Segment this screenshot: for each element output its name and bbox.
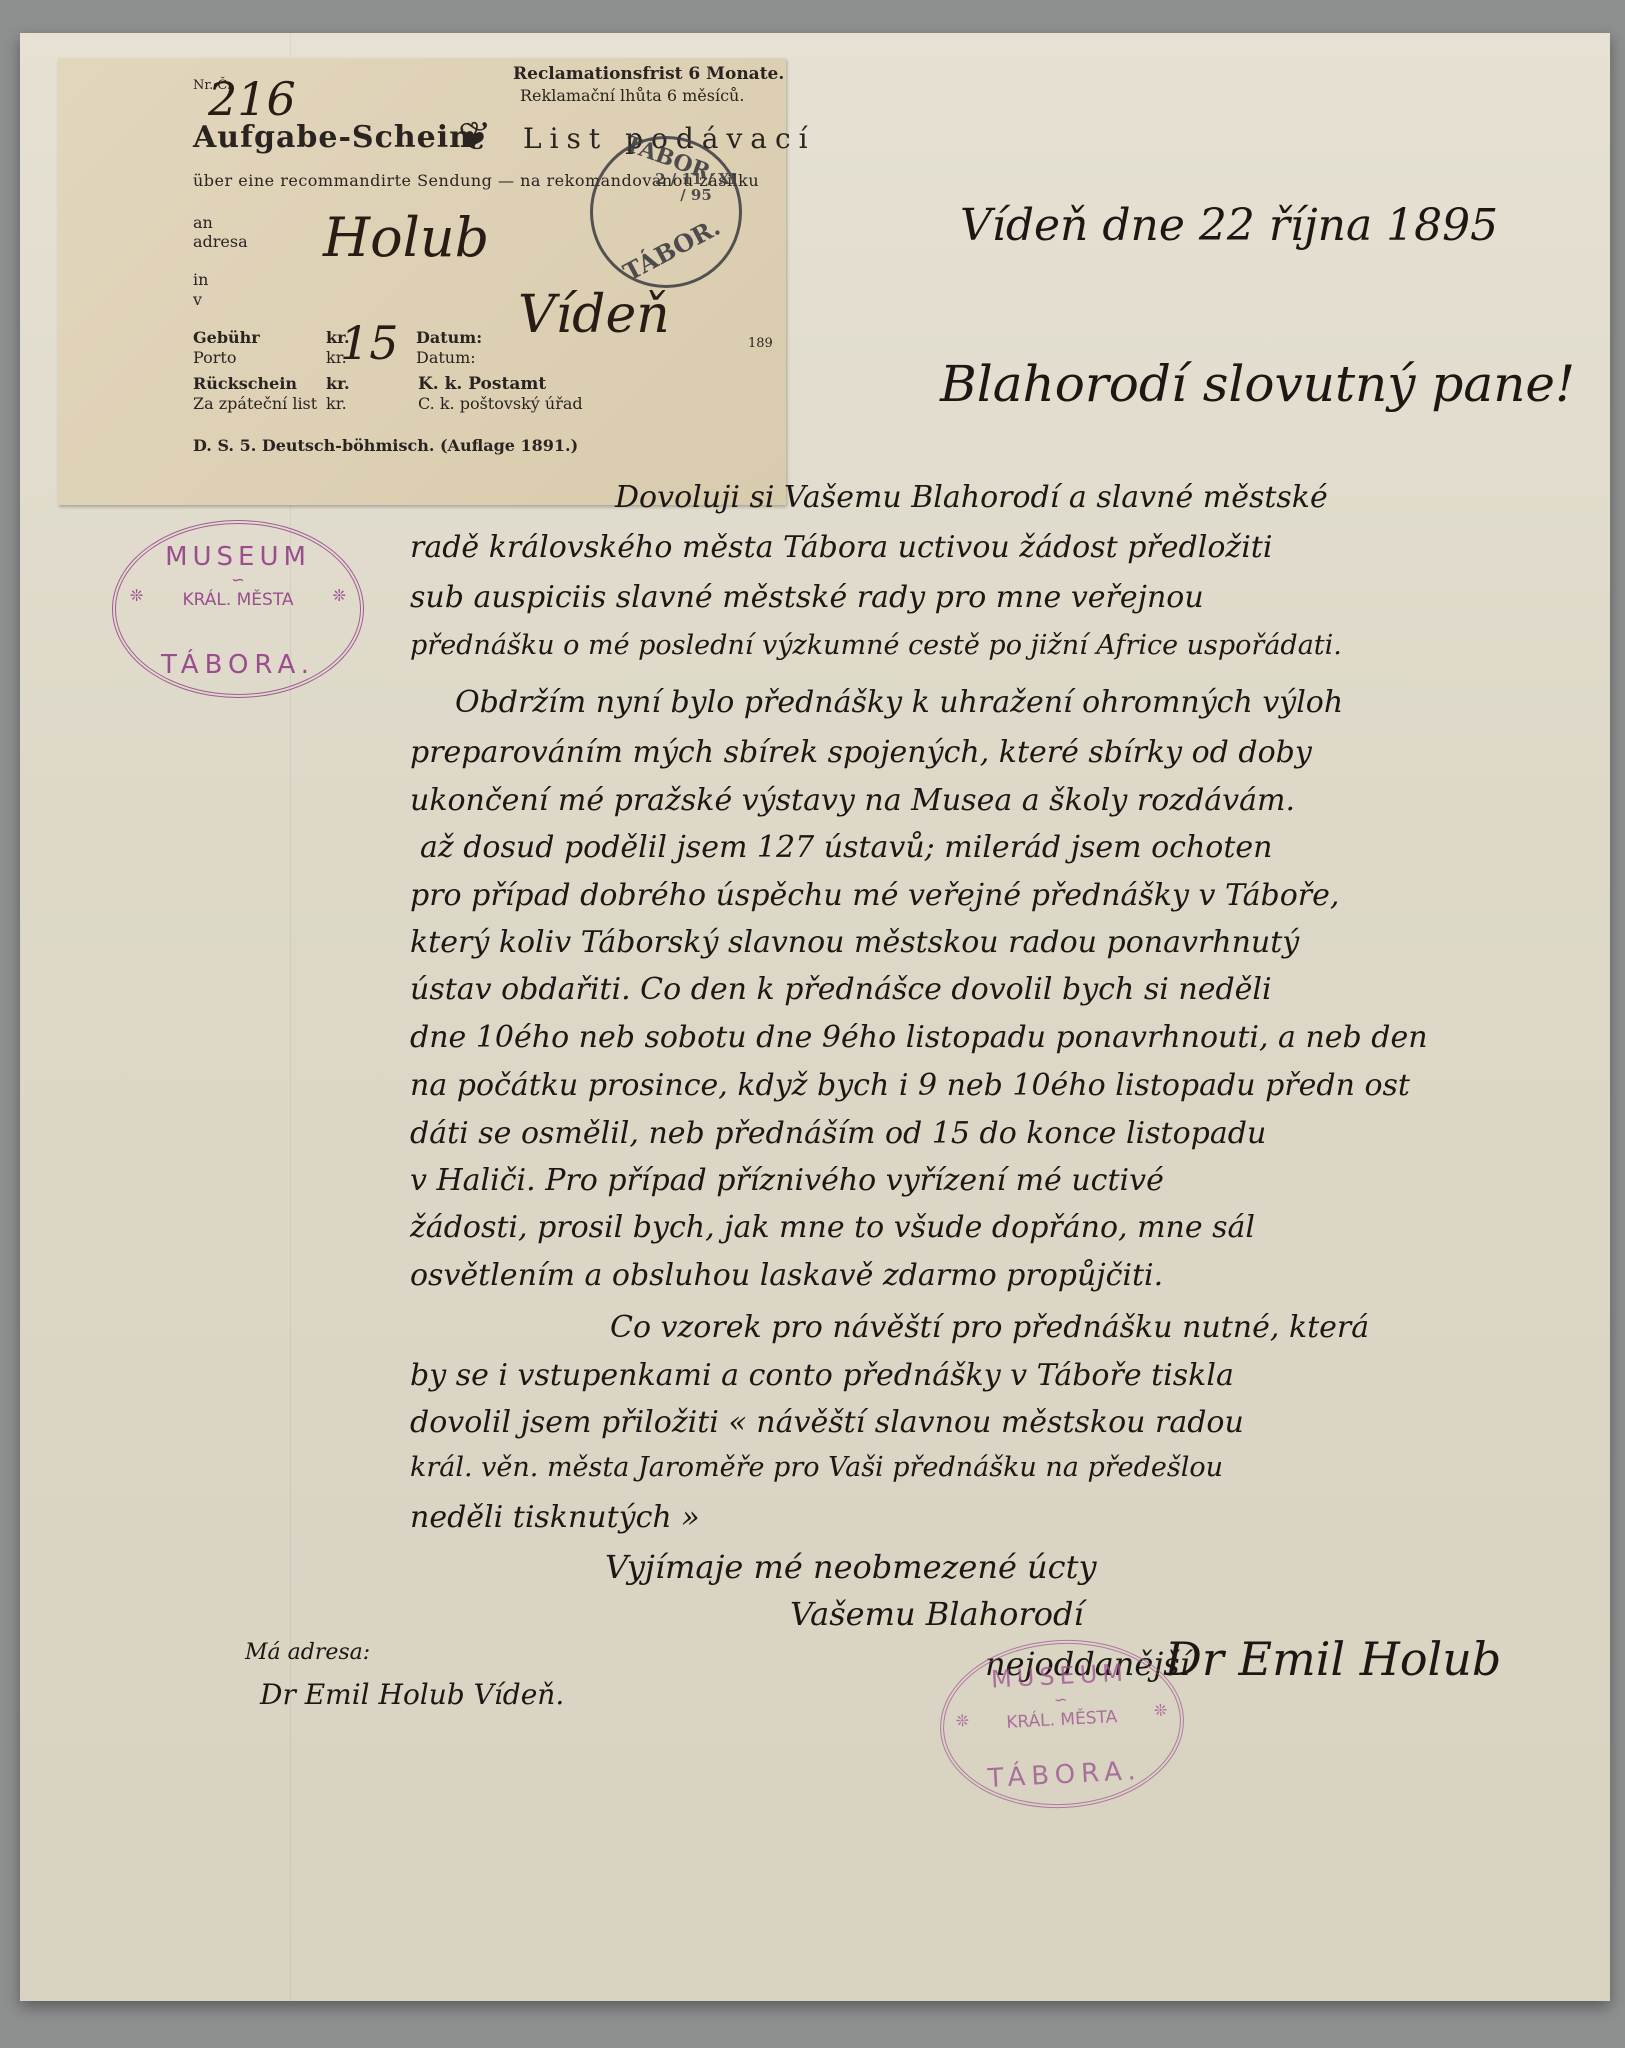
handwritten-place: Vídeň <box>518 285 670 345</box>
flourish-icon: ∽ <box>116 570 360 589</box>
body-line: radě královského města Tábora uctivou žá… <box>410 530 1272 565</box>
body-line: žádosti, prosil bych, jak mne to všude d… <box>410 1210 1255 1245</box>
stamp-kral-mesta-text: KRÁL. MĚSTA <box>116 590 360 610</box>
body-line: sub auspiciis slavné městské rady pro mn… <box>410 580 1204 615</box>
body-line: v Haliči. Pro případ příznivého vyřízení… <box>410 1163 1164 1198</box>
reclamation-de: Reclamationsfrist 6 Monate. <box>513 64 784 84</box>
label-v: v <box>193 290 202 309</box>
body-line: dovolil jsem přiložiti « návěští slavnou… <box>410 1405 1244 1440</box>
body-line: který koliv Táborský slavnou městskou ra… <box>410 925 1299 960</box>
label-datum-2: Datum: <box>416 348 476 367</box>
body-line: Obdržím nyní bylo přednášky k uhražení o… <box>455 685 1343 720</box>
body-line: král. věn. města Jaroměře pro Vaši předn… <box>410 1452 1223 1483</box>
receipt-number-value: 216 <box>208 72 296 126</box>
body-line: preparováním mých sbírek spojených, kter… <box>410 735 1312 770</box>
letter-salutation: Blahorodí slovutný pane! <box>940 355 1575 413</box>
body-line: přednášku o mé poslední výzkumné cestě p… <box>410 630 1342 661</box>
address-label: Má adresa: <box>245 1640 370 1665</box>
body-line: by se i vstupenkami a conto přednášky v … <box>410 1358 1234 1393</box>
label-gebuehr: Gebühr <box>193 328 260 347</box>
body-line: až dosud podělil jsem 127 ústavů; milerá… <box>420 830 1272 865</box>
postmark-bottom-text: TÁBOR. <box>618 212 724 287</box>
label-rueckschein: Rückschein <box>193 374 297 393</box>
handwritten-recipient: Holub <box>323 206 489 269</box>
postamt-cz: C. k. poštovský úřad <box>418 394 583 413</box>
stamp-tabora-text: TÁBORA. <box>116 650 360 680</box>
label-in: in <box>193 270 208 289</box>
reclamation-cz: Reklamační lhůta 6 měsíců. <box>520 86 744 105</box>
body-line: neděli tisknutých » <box>410 1500 700 1535</box>
label-kr-4: kr. <box>326 394 347 413</box>
label-kr-3: kr. <box>326 374 350 393</box>
label-adresa: adresa <box>193 232 248 251</box>
label-porto: Porto <box>193 348 236 367</box>
postamt-de: K. k. Postamt <box>418 374 546 394</box>
letter-date-line: Vídeň dne 22 října 1895 <box>960 200 1498 251</box>
body-line: ukončení mé pražské výstavy na Musea a š… <box>410 783 1295 818</box>
body-line: pro případ dobrého úspěchu mé veřejné př… <box>410 878 1339 913</box>
tabor-postmark: TÁBOR 2 / 11 / XI / 95 TÁBOR. <box>590 136 742 288</box>
star-ornament-icon: ❊ <box>333 586 346 605</box>
receipt-footer: D. S. 5. Deutsch-böhmisch. (Auflage 1891… <box>193 436 578 455</box>
year-prefix: 189 <box>748 336 773 351</box>
label-an: an <box>193 213 213 232</box>
address-value: Dr Emil Holub Vídeň. <box>260 1678 564 1711</box>
closing-line: Vyjímaje mé neobmezené úcty <box>605 1548 1097 1586</box>
body-line: Co vzorek pro návěští pro přednášku nutn… <box>610 1310 1369 1345</box>
body-line: dne 10ého neb sobotu dne 9ého listopadu … <box>410 1020 1428 1055</box>
registered-mail-receipt: Reclamationsfrist 6 Monate. Reklamační l… <box>58 58 786 505</box>
body-line: dáti se osmělil, neb přednáším od 15 do … <box>410 1116 1266 1151</box>
double-headed-eagle-icon: ❦ <box>458 114 492 160</box>
postmark-date: 2 / 11 / XI / 95 <box>653 171 739 203</box>
label-za-zpatecni-list: Za zpáteční list <box>193 394 317 413</box>
label-datum-1: Datum: <box>416 328 482 347</box>
body-line: Dovoluji si Vašemu Blahorodí a slavné mě… <box>615 480 1328 515</box>
body-line: osvětlením a obsluhou laskavě zdarmo pro… <box>410 1258 1163 1293</box>
body-line: ústav obdařiti. Co den k přednášce dovol… <box>410 972 1272 1007</box>
closing-line: Vašemu Blahorodí <box>790 1595 1084 1633</box>
handwritten-fee: 15 <box>340 316 399 370</box>
signature: Dr Emil Holub <box>1165 1632 1501 1686</box>
stamp-museum-text: MUSEUM <box>116 542 360 572</box>
receipt-title-de: Aufgabe-Schein <box>193 120 472 155</box>
star-ornament-icon: ❊ <box>1154 1700 1168 1720</box>
body-line: na počátku prosince, když bych i 9 neb 1… <box>410 1068 1410 1103</box>
museum-stamp: MUSEUM ∽ ❊ KRÁL. MĚSTA ❊ TÁBORA. <box>112 520 364 698</box>
